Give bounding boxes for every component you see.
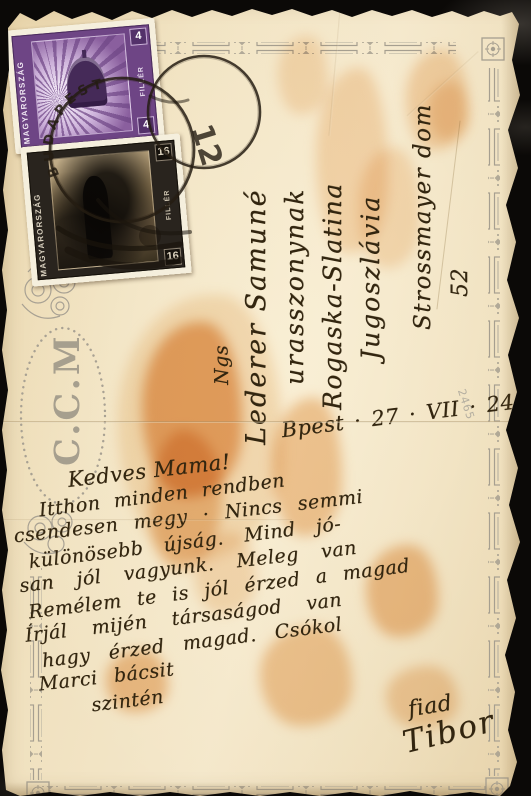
cancel-strokes (58, 96, 190, 266)
postcard-back: C.C.M 2465 Ngs Lederer Samuné urasszonyn… (0, 0, 531, 796)
edge-shadow (501, 0, 527, 796)
edge-shadow (0, 782, 531, 796)
postmark-layer: BUDAPEST 12 (0, 0, 531, 796)
postmark-city: BUDAPEST (41, 76, 108, 180)
scan-background: C.C.M 2465 Ngs Lederer Samuné urasszonyn… (0, 0, 531, 796)
